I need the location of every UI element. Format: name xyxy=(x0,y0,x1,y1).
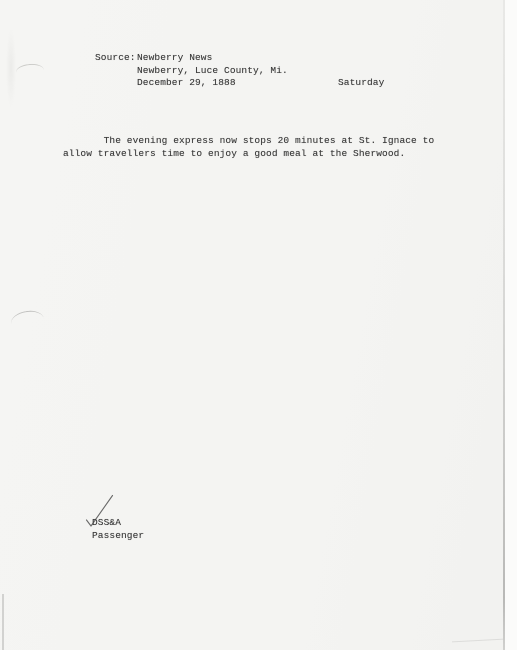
source-line-date: December 29, 1888 xyxy=(137,77,236,90)
source-line-publication: Newberry News xyxy=(137,52,212,65)
scan-smudge xyxy=(6,28,16,108)
body-paragraph-line-2: allow travellers time to enjoy a good me… xyxy=(63,148,405,161)
page-edge-bottom-right xyxy=(452,639,504,643)
pen-checkmark-icon xyxy=(0,0,517,650)
page-edge-left-bottom xyxy=(2,594,4,650)
footer-railroad-label: DSS&A xyxy=(92,517,121,530)
pencil-arc-mark-middle xyxy=(10,309,46,334)
footer-category-label: Passenger xyxy=(92,530,144,543)
weekday-label: Saturday xyxy=(338,77,384,90)
source-label: Source: xyxy=(95,52,136,65)
scanned-document-page: Source: Newberry News Newberry, Luce Cou… xyxy=(0,0,517,650)
page-edge-right xyxy=(503,0,505,650)
body-paragraph-line-1: The evening express now stops 20 minutes… xyxy=(63,135,434,148)
scan-background-strip xyxy=(505,0,517,650)
source-line-location: Newberry, Luce County, Mi. xyxy=(137,65,288,78)
pencil-arc-mark-top xyxy=(15,63,44,79)
